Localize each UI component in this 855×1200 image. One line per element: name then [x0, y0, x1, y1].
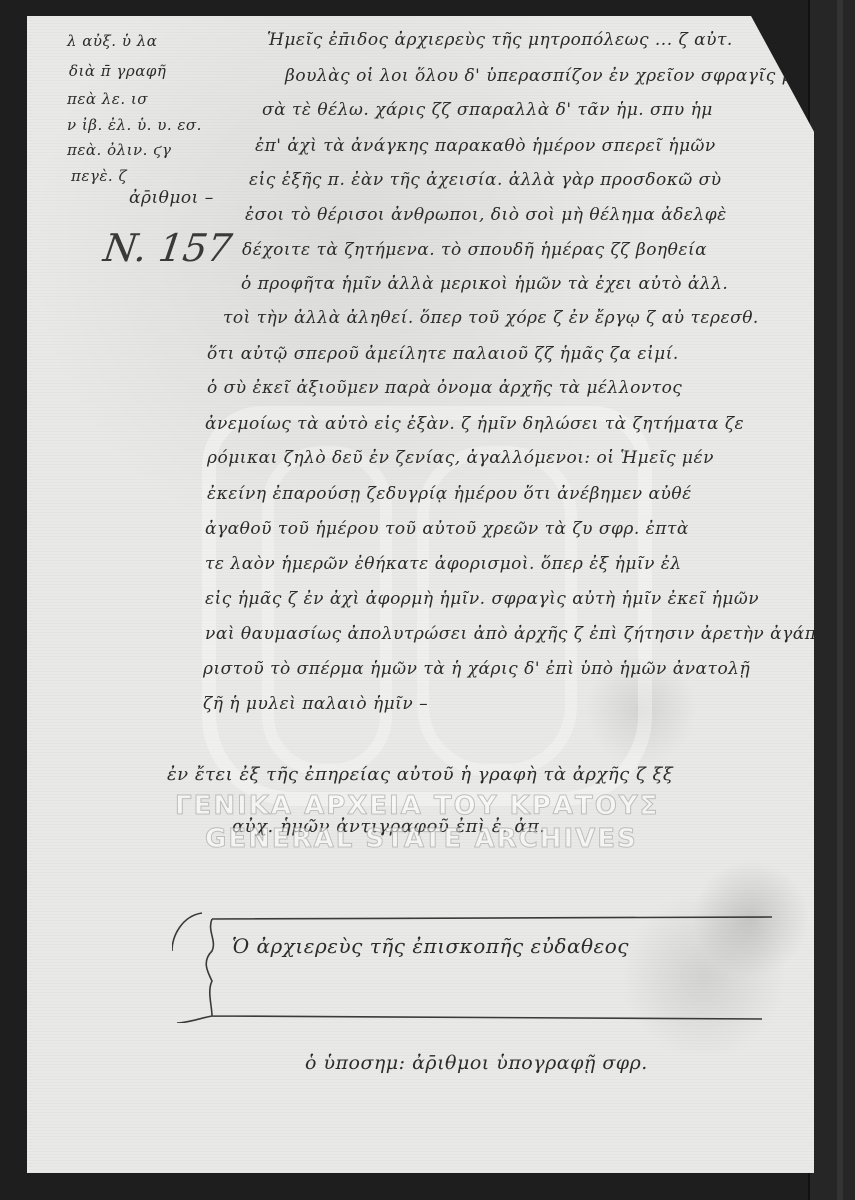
- margin-note-line: διὰ π̄ γραφῆ: [69, 61, 166, 82]
- body-line: ζῆ ἡ μυλεὶ παλαιὸ ἡμῖν –: [203, 694, 428, 714]
- body-line: ρόμικαι ζηλὸ δεῦ ἐν ζενίας, ἀγαλλόμενοι:…: [207, 448, 714, 468]
- footer-line: ὁ ὑποσημ: ἀρ̄ιθμοι ὑπογραφῇ σφρ.: [305, 1052, 648, 1074]
- scanner-edge-line: [837, 0, 843, 1200]
- body-line: βουλὰς οἱ λοι ὅλου δ' ὑπερασπίζον ἐν χρε…: [285, 66, 816, 86]
- scanner-background-strip: [808, 0, 855, 1200]
- body-line: ἐκείνη ἐπαρούσῃ ζεδυγρίᾳ ἡμέρου ὅτι ἀνέβ…: [207, 484, 692, 504]
- body-line: εἰς ἐξῆς π. ἐὰν τῆς ἀχεισία. ἀλλὰ γὰρ πρ…: [249, 170, 722, 190]
- body-line: τοὶ τὴν ἀλλὰ ἀληθεί. ὅπερ τοῦ χόρε ζ ἐν …: [223, 308, 759, 328]
- body-line: ναὶ θαυμασίως ἀπολυτρώσει ἀπὸ ἀρχῆς ζ ἐπ…: [205, 624, 822, 644]
- signature-block: Ὁ ἀρχιερεὺς τῆς ἐπισκοπῆς εὐδαθεος: [232, 934, 629, 958]
- body-line: Ἡμεῖς ἐπ̄ιδος ἀρχιερεὺς τῆς μητροπόλεως …: [267, 30, 733, 50]
- watermark-text-greek: ΓΕΝΙΚΑ ΑΡΧΕΙΑ ΤΟΥ ΚΡΑΤΟΥΣ: [175, 791, 659, 821]
- body-line: ὁ σὺ ἐκεῖ ἀξιοῦμεν παρὰ ὀνομα ἀρχῆς τὰ μ…: [207, 378, 682, 398]
- margin-note-line: λ αὐξ. ὑ λα: [67, 31, 157, 52]
- body-line: εἰς ἡμᾶς ζ ἐν ἀχὶ ἀφορμὴ ἡμῖν. σφραγὶς α…: [205, 589, 759, 609]
- margin-note-line: πεγὲ. ζ: [71, 166, 127, 187]
- body-line: ἀγαθοῦ τοῦ ἡμέρου τοῦ αὐτοῦ χρεῶν τὰ ζυ …: [205, 519, 689, 539]
- body-line: τε λαὸν ἡμερῶν ἐθήκατε ἀφορισμοὶ. ὅπερ ἐ…: [205, 554, 682, 574]
- manuscript-page: λ αὐξ. ὑ λα διὰ π̄ γραφῆ πεὰ λε. ισ ν ἰβ…: [27, 16, 814, 1173]
- margin-note-line: πεὰ. ὀλιν. ϛγ: [67, 140, 172, 161]
- margin-note-line: ἀρ̄ιθμοι –: [129, 188, 214, 209]
- margin-note-line: ν ἰβ. ἐλ. ὑ. υ. εσ.: [67, 115, 202, 136]
- body-line: ὁ προφῆτα ἡμῖν ἀλλὰ μερικοὶ ἡμῶν τὰ ἐχει…: [241, 274, 728, 294]
- body-line: σὰ τὲ θέλω. χάρις ζζ σπαραλλὰ δ' τᾶν ἡμ.…: [262, 100, 713, 120]
- reference-number: N. 157: [101, 226, 235, 270]
- watermark-text-english: GENERAL STATE ARCHIVES: [205, 824, 638, 854]
- body-line: ριστοῦ τὸ σπέρμα ἡμῶν τὰ ἡ χάρις δ' ἐπὶ …: [203, 659, 750, 679]
- body-line: ὅτι αὐτῷ σπεροῦ ἀμείλητε παλαιοῦ ζζ ἡμᾶς…: [207, 344, 679, 364]
- signature-bracket-flourish: [172, 911, 772, 1023]
- body-line: ἐπ' ἀχὶ τὰ ἀνάγκης παρακαθὸ ἡμέρον σπερε…: [255, 136, 716, 156]
- body-line: ἐσοι τὸ θέρισοι ἀνθρωποι, διὸ σοὶ μὴ θέλ…: [245, 205, 727, 225]
- closing-line: ἐν ἔτει ἐξ τῆς ἐπηρείας αὐτοῦ ἡ γραφὴ τὰ…: [167, 764, 673, 785]
- margin-note-line: πεὰ λε. ισ: [67, 89, 148, 110]
- body-line: ἀνεμοίως τὰ αὐτὸ εἰς ἐξὰν. ζ ἡμῖν δηλώσε…: [205, 414, 744, 434]
- body-line: δέχοιτε τὰ ζητήμενα. τὸ σπουδῆ ἡμέρας ζζ…: [242, 240, 707, 260]
